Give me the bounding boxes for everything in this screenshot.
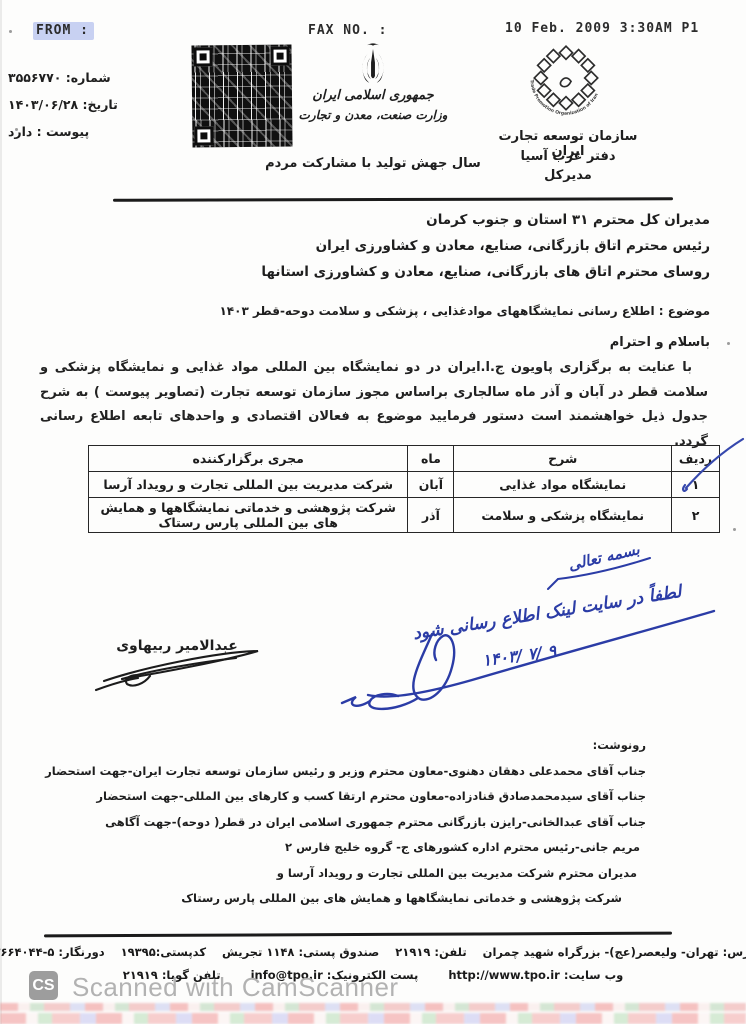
iran-emblem-icon xyxy=(358,42,388,86)
handwritten-besmele: بسمه تعالی xyxy=(567,540,643,574)
scan-speck xyxy=(733,528,736,531)
cell-row-number: ۲ xyxy=(672,498,720,533)
footer-divider xyxy=(44,932,672,938)
scan-noise-band xyxy=(0,1003,746,1011)
cell-description: نمایشگاه پزشکی و سلامت xyxy=(454,498,672,533)
fax-number-label: FAX NO. : xyxy=(308,23,387,38)
cell-row-number: ۱ xyxy=(672,472,720,498)
country-name: جمهوری اسلامی ایران xyxy=(263,88,483,103)
footer-fax: دورنگار: ۵-۲۲۶۶۴۰۴۴ xyxy=(0,945,105,959)
handwritten-date: ۱۴۰۳/ ۷/ ۹ xyxy=(481,641,559,670)
salutation: باسلام و احترام xyxy=(610,335,710,350)
cell-description: نمایشگاه مواد غذایی xyxy=(454,472,672,498)
col-header-month: ماه xyxy=(408,446,454,472)
attachment-value: دارد xyxy=(8,124,32,139)
attachment-label: پیوست : xyxy=(37,124,90,139)
subject-text: اطلاع رسانی نمایشگاههای موادغذایی ، پزشک… xyxy=(219,304,654,318)
col-header-organizer: مجری برگزارکننده xyxy=(89,446,408,472)
handwritten-note: بسمه تعالی لطفاً در سایت لینک اطلاع رسان… xyxy=(342,540,714,709)
cell-month: آبان xyxy=(408,472,454,498)
org-role: مدیرکل xyxy=(483,168,653,183)
scanned-fax-document: FROM : FAX NO. : 10 Feb. 2009 3:30AM P1 … xyxy=(0,0,746,1024)
recipient-line: مدیران کل محترم ۳۱ استان و جنوب کرمان xyxy=(426,212,710,228)
footer-address: آدرس: تهران- ولیعصر(عج)- بزرگراه شهید چم… xyxy=(483,945,746,959)
footer-postal-code: کدپستی:۱۹۳۹۵ xyxy=(121,945,206,959)
from-selection-highlight: FROM : xyxy=(33,22,94,40)
signer-signature-stroke xyxy=(96,651,258,690)
qr-finder-icon xyxy=(194,126,213,145)
org-office: دفتر غرب آسیا xyxy=(483,149,653,164)
exhibitions-table: ردیف شرح ماه مجری برگزارکننده ۱ نمایشگاه… xyxy=(88,445,720,533)
cc-item: مدیران محترم شرکت مدیریت بین المللی تجار… xyxy=(45,861,637,887)
ref-number-field: شماره: ۳۵۵۶۷۷۰ xyxy=(8,70,178,85)
ministry-name: وزارت صنعت، معدن و تجارت xyxy=(263,108,483,122)
cc-item: جناب آقای سیدمحمدصادق قنادزاده-معاون محت… xyxy=(45,784,646,810)
cc-item: جناب آقای عبدالخانی-رایزن بازرگانی محترم… xyxy=(45,810,646,836)
table-row: ۱ نمایشگاه مواد غذایی آبان شرکت مدیریت ب… xyxy=(89,472,720,498)
footer-phone: تلفن: ۲۱۹۱۹ xyxy=(395,945,466,959)
fax-from-label: FROM : xyxy=(33,23,94,38)
camscanner-badge-icon: CS xyxy=(29,971,58,1000)
scan-edge-artifact xyxy=(0,0,2,1024)
signer-name: عبدالامیر ربیهاوی xyxy=(112,638,242,654)
qr-finder-icon xyxy=(193,47,212,66)
fax-timestamp: 10 Feb. 2009 3:30AM P1 xyxy=(505,21,699,36)
subject-label: موضوع : xyxy=(659,304,710,318)
attachment-field: پیوست : دارد xyxy=(8,124,178,139)
recipient-line: روسای محترم اتاق های بازرگانی، صنایع، مع… xyxy=(261,264,710,280)
scan-noise-band xyxy=(0,1013,746,1024)
letter-date-field: تاریخ: ۱۴۰۳/۰۶/۲۸ xyxy=(8,97,178,112)
cc-item: شرکت پژوهشی و خدماتی نمایشگاهها و همایش … xyxy=(45,886,622,912)
qr-finder-icon xyxy=(270,47,289,66)
letter-date-label: تاریخ: xyxy=(83,97,118,112)
tpo-logo-icon: Trade Promotion Organization of Iran xyxy=(524,40,608,126)
recipient-line: رئیس محترم اتاق بازرگانی، صنایع، معادن و… xyxy=(316,238,710,254)
ref-number-value: ۳۵۵۶۷۷۰ xyxy=(8,70,61,85)
letterhead-divider xyxy=(113,197,673,201)
col-header-description: شرح xyxy=(454,446,672,472)
camscanner-watermark: Scanned with CamScanner xyxy=(72,972,399,1003)
footer-pobox: صندوق پستی: ۱۱۴۸ تجریش xyxy=(222,945,379,959)
ref-number-label: شماره: xyxy=(66,70,111,85)
cc-label: رونوشت: xyxy=(45,733,646,759)
cc-block: رونوشت: جناب آقای محمدعلی دهقان دهنوی-مع… xyxy=(45,733,646,912)
col-header-row-number: ردیف xyxy=(672,446,720,472)
scan-speck xyxy=(9,30,12,33)
cc-item: مریم جانی-رئیس محترم اداره کشورهای ج- گر… xyxy=(45,835,640,861)
table-header-row: ردیف شرح ماه مجری برگزارکننده xyxy=(89,446,720,472)
cc-item: جناب آقای محمدعلی دهقان دهنوی-معاون محتر… xyxy=(45,759,646,785)
handwritten-signature-stroke xyxy=(342,611,714,709)
footer-website: وب سایت: http://www.tpo.ir xyxy=(448,968,623,982)
cell-month: آذر xyxy=(408,498,454,533)
letter-date-value: ۱۴۰۳/۰۶/۲۸ xyxy=(8,97,78,112)
table-row: ۲ نمایشگاه پزشکی و سلامت آذر شرکت پژوهشی… xyxy=(89,498,720,533)
cell-organizer: شرکت مدیریت بین المللی تجارت و رویداد آر… xyxy=(89,472,408,498)
subject-line: موضوع : اطلاع رسانی نمایشگاههای موادغذای… xyxy=(219,304,710,318)
body-paragraph: با عنایت به برگزاری پاویون ج.ا.ایران در … xyxy=(40,356,708,454)
handwritten-note-text: لطفاً در سایت لینک اطلاع رسانی شود xyxy=(411,578,686,644)
year-slogan: سال جهش تولید با مشارکت مردم xyxy=(263,156,483,171)
footer-contact-line: آدرس: تهران- ولیعصر(عج)- بزرگراه شهید چم… xyxy=(20,945,726,959)
besmele-underline-stroke xyxy=(548,558,650,589)
cell-organizer: شرکت پژوهشی و خدماتی نمایشگاهها و همایش … xyxy=(89,498,408,533)
scan-speck xyxy=(727,342,730,345)
